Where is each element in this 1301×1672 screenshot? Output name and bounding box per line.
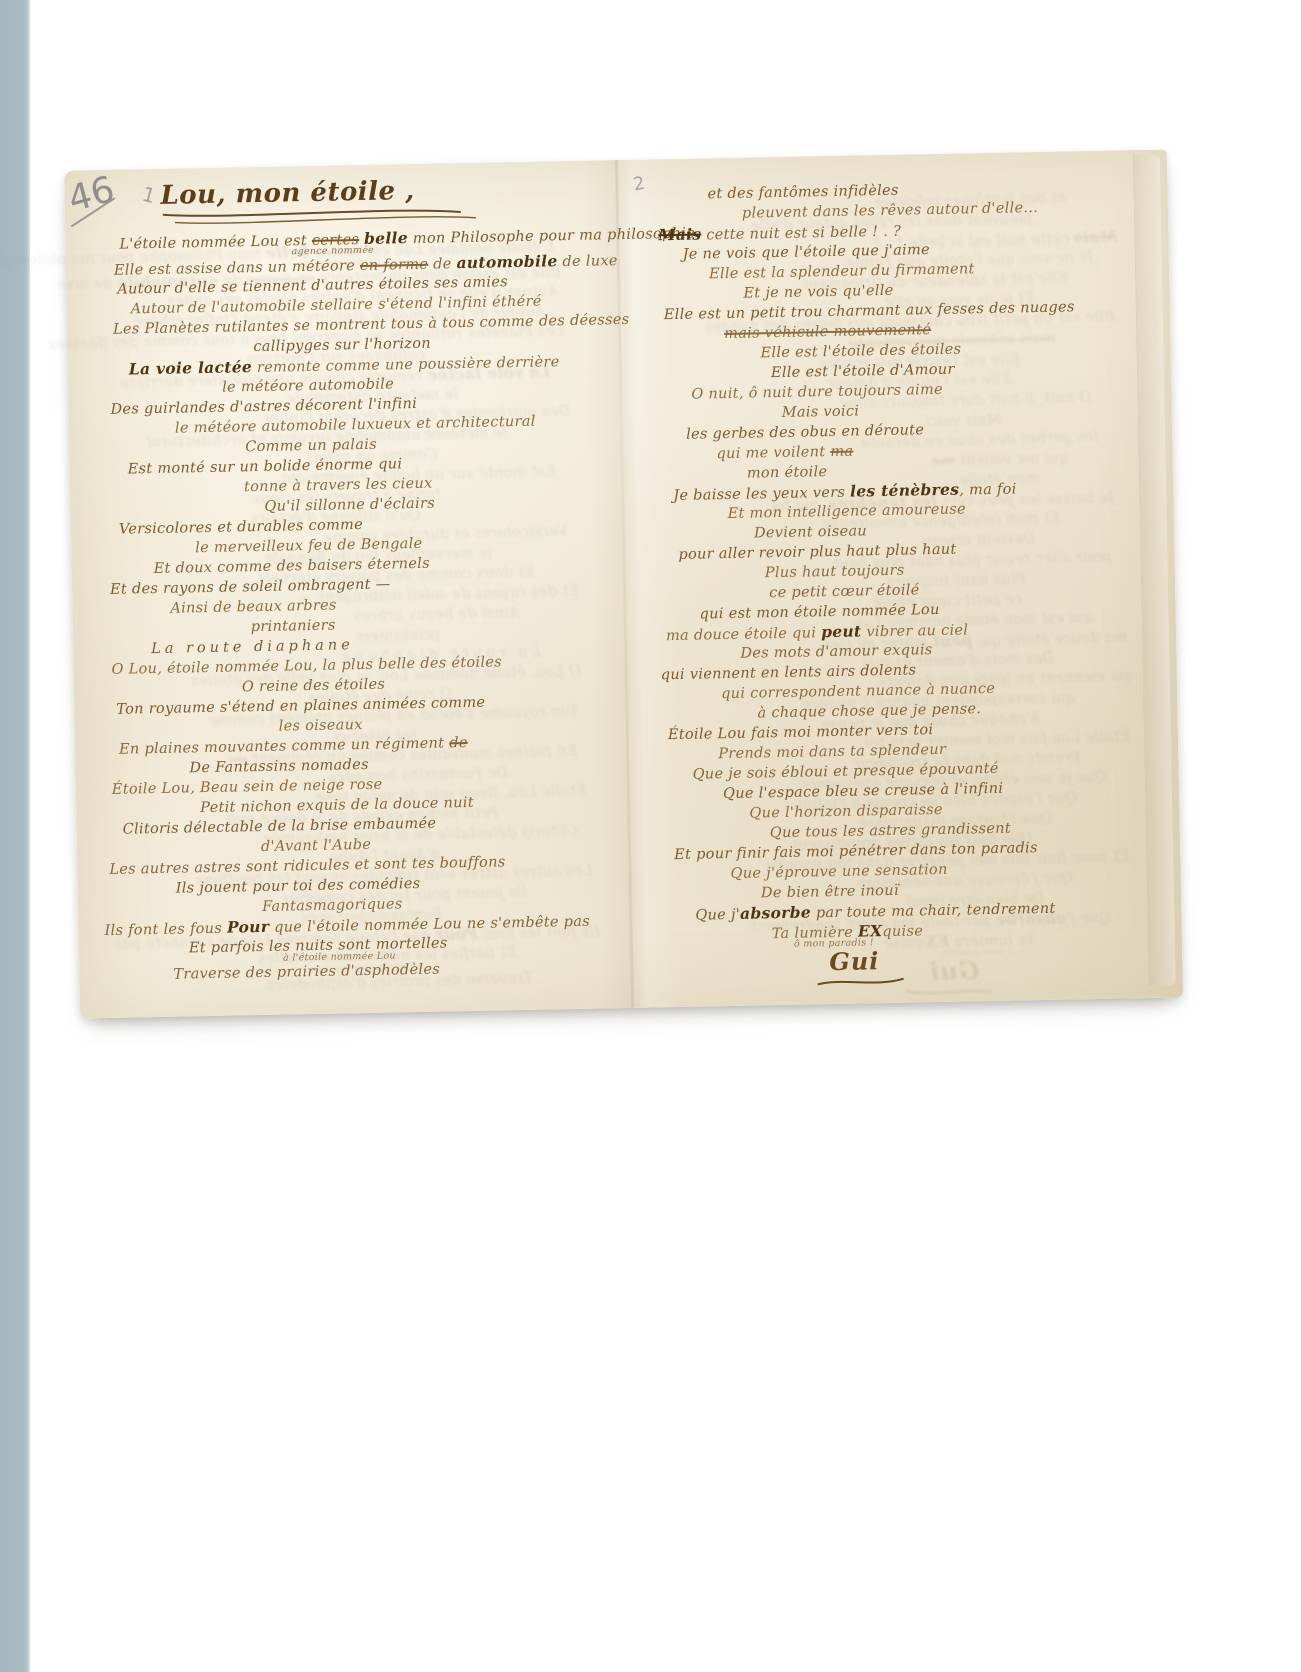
right-page: 2 et des fantômes infidèles pleuvent dan… <box>615 150 1182 1008</box>
signature-row: Gui <box>627 961 980 1004</box>
manuscript-photo: 46 1 Lou, mon étoile , L'étoile nommée L… <box>0 0 1301 1080</box>
signature: Gui <box>929 956 980 986</box>
signature-flourish <box>904 984 994 998</box>
manuscript-sheet: 46 1 Lou, mon étoile , L'étoile nommée L… <box>64 149 1183 1018</box>
left-page: 46 1 Lou, mon étoile , L'étoile nommée L… <box>64 160 631 1018</box>
bleedthrough-ghost-text: et des fantômes infidèles pleuvent dans … <box>606 160 1179 1022</box>
bleedthrough-ghost-text: L'étoile nommée Lou est certes belle mon… <box>55 170 628 1032</box>
auction-catalog-photo-page: { "photo": { "description": "Autograph m… <box>0 0 1301 1672</box>
